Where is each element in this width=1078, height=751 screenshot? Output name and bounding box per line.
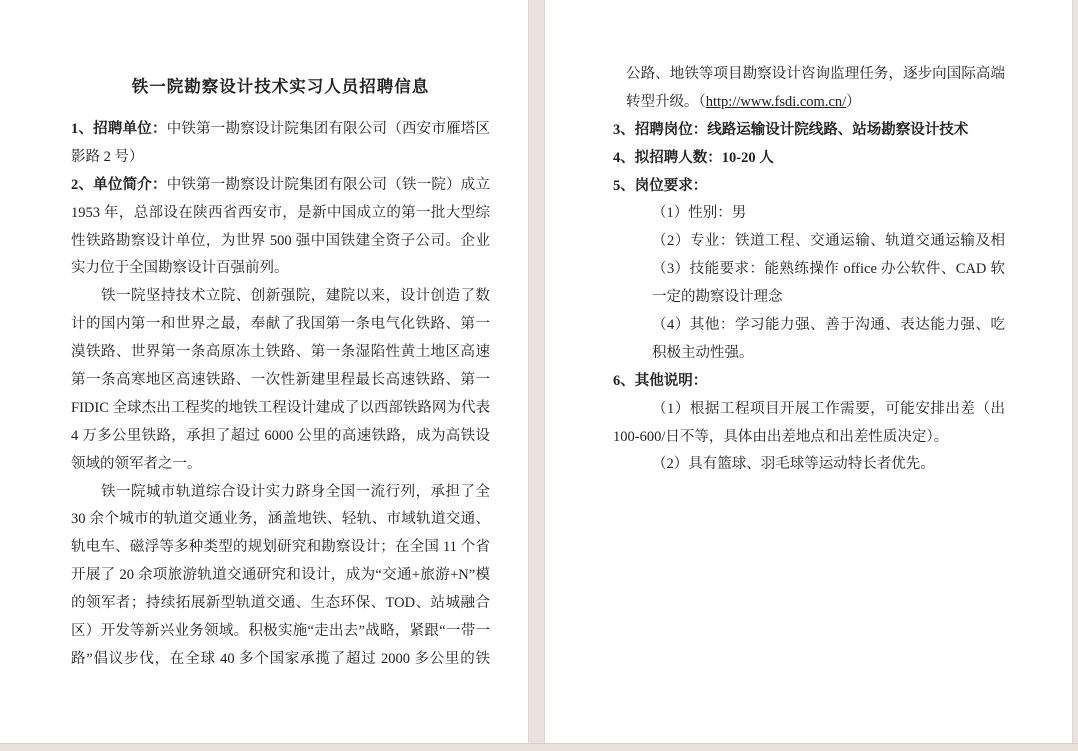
text-line: 30 余个城市的轨道交通业务，涵盖地铁、轻轨、市域轨道交通、有 bbox=[71, 506, 490, 534]
text-line: 漠铁路、世界第一条高原冻土铁路、第一条湿陷性黄土地区高速铁路、 bbox=[71, 339, 490, 367]
canvas-bottom-margin bbox=[0, 743, 1078, 751]
text-segment: 轨电车、磁浮等多种类型的规划研究和勘察设计；在全国 11 个省区 bbox=[71, 539, 490, 562]
text-line: 的领军者；持续拓展新型轨道交通、生态环保、TOD、站城融合（片 bbox=[71, 590, 490, 618]
text-segment: （1）性别：男 bbox=[652, 205, 746, 221]
text-segment: 公路、地铁等项目勘察设计咨询监理任务，逐步向国际高端咨询领域 bbox=[626, 66, 1005, 89]
text-segment: 5、岗位要求： bbox=[613, 178, 707, 194]
canvas-right-margin bbox=[1072, 0, 1078, 743]
text-segment: 性铁路勘察设计单位，为世界 500 强中国铁建全资子公司。企业综合 bbox=[71, 233, 490, 256]
text-line: 计的国内第一和世界之最，奉献了我国第一条电气化铁路、第一条沙 bbox=[71, 311, 490, 339]
text-segment: 漠铁路、世界第一条高原冻土铁路、第一条湿陷性黄土地区高速铁路、 bbox=[71, 344, 490, 367]
document-viewer: { "colors": { "canvas_background": "#e9e… bbox=[0, 0, 1078, 751]
page-2-text-column: 公路、地铁等项目勘察设计咨询监理任务，逐步向国际高端咨询领域转型升级。（http… bbox=[613, 61, 1005, 479]
text-segment: 4 万多公里铁路，承担了超过 6000 公里的高速铁路，成为高铁设计 bbox=[71, 428, 490, 451]
document-title: 铁一院勘察设计技术实习人员招聘信息 bbox=[71, 72, 490, 102]
text-segment: 第一条高寒地区高速铁路、一次性新建里程最长高速铁路、第一个获 bbox=[71, 372, 490, 395]
text-segment: 3、招聘岗位：线路运输设计院线路、站场勘察设计技术 bbox=[613, 122, 968, 138]
text-line: 1、招聘单位：中铁第一勘察设计院集团有限公司（西安市雁塔区西 bbox=[71, 116, 490, 144]
text-line: 领域的领军者之一。 bbox=[71, 451, 490, 479]
text-segment: （4）其他：学习能力强、善于沟通、表达能力强、吃苦耐劳、 bbox=[652, 317, 1005, 340]
text-segment: 1953 年，总部设在陕西省西安市，是新中国成立的第一批大型综合 bbox=[71, 205, 490, 228]
page-gap bbox=[528, 0, 545, 743]
document-page-2[interactable]: 公路、地铁等项目勘察设计咨询监理任务，逐步向国际高端咨询领域转型升级。（http… bbox=[545, 0, 1072, 743]
text-line: （2）专业：铁道工程、交通运输、轨道交通运输及相近专业 bbox=[613, 228, 1005, 256]
text-line: （1）根据工程项目开展工作需要，可能安排出差（出差津贴 bbox=[613, 396, 1005, 424]
text-line: （2）具有篮球、羽毛球等运动特长者优先。 bbox=[613, 451, 1005, 479]
text-segment: 开展了 20 余项旅游轨道交通研究和设计，成为“交通+旅游+N”模式 bbox=[71, 567, 490, 590]
text-line: 100-600/日不等，具体由出差地点和出差性质决定）。 bbox=[613, 424, 1005, 452]
text-segment: 铁一院坚持技术立院、创新强院，建院以来，设计创造了数以百 bbox=[101, 288, 490, 311]
text-line: 路”倡议步伐，在全球 40 多个国家承揽了超过 2000 多公里的铁路、 bbox=[71, 646, 490, 674]
text-line: 4、拟招聘人数：10-20 人 bbox=[613, 145, 1005, 173]
document-page-1[interactable]: 铁一院勘察设计技术实习人员招聘信息 1、招聘单位：中铁第一勘察设计院集团有限公司… bbox=[0, 0, 528, 743]
text-line: 公路、地铁等项目勘察设计咨询监理任务，逐步向国际高端咨询领域 bbox=[613, 61, 1005, 89]
text-segment: ） bbox=[846, 94, 861, 110]
text-segment: （3）技能要求：能熟练操作 office 办公软件、CAD 软件，具有 bbox=[652, 261, 1005, 284]
text-segment: 4、拟招聘人数：10-20 人 bbox=[613, 150, 774, 166]
text-line: 5、岗位要求： bbox=[613, 173, 1005, 201]
page-1-text-column: 1、招聘单位：中铁第一勘察设计院集团有限公司（西安市雁塔区西影路 2 号）2、单… bbox=[71, 116, 490, 674]
text-segment: 6、其他说明： bbox=[613, 373, 707, 389]
text-line: （3）技能要求：能熟练操作 office 办公软件、CAD 软件，具有 bbox=[613, 256, 1005, 284]
text-segment: 领域的领军者之一。 bbox=[71, 456, 202, 472]
text-line: 2、单位简介：中铁第一勘察设计院集团有限公司（铁一院）成立于 bbox=[71, 172, 490, 200]
text-segment: 30 余个城市的轨道交通业务，涵盖地铁、轻轨、市域轨道交通、有 bbox=[71, 511, 490, 534]
hyperlink[interactable]: http://www.fsdi.com.cn/ bbox=[706, 94, 846, 110]
text-segment: 2、单位简介： bbox=[71, 177, 167, 193]
text-segment: 铁一院城市轨道综合设计实力跻身全国一流行列，承担了全国 bbox=[101, 484, 490, 507]
text-segment: （1）根据工程项目开展工作需要，可能安排出差（出差津贴 bbox=[652, 401, 1005, 424]
text-segment: 的领军者；持续拓展新型轨道交通、生态环保、TOD、站城融合（片 bbox=[71, 595, 490, 618]
text-line: 性铁路勘察设计单位，为世界 500 强中国铁建全资子公司。企业综合 bbox=[71, 228, 490, 256]
text-line: 开展了 20 余项旅游轨道交通研究和设计，成为“交通+旅游+N”模式 bbox=[71, 562, 490, 590]
text-line: 区）开发等新兴业务领域。积极实施“走出去”战略，紧跟“一带一 bbox=[71, 618, 490, 646]
text-line: 一定的勘察设计理念 bbox=[613, 284, 1005, 312]
text-segment: 100-600/日不等，具体由出差地点和出差性质决定）。 bbox=[613, 429, 948, 445]
text-segment: 转型升级。（ bbox=[626, 94, 706, 110]
text-segment: 积极主动性强。 bbox=[652, 345, 754, 361]
text-line: FIDIC 全球杰出工程奖的地铁工程设计建成了以西部铁路网为代表的 bbox=[71, 395, 490, 423]
text-segment: 计的国内第一和世界之最，奉献了我国第一条电气化铁路、第一条沙 bbox=[71, 316, 490, 339]
text-line: 1953 年，总部设在陕西省西安市，是新中国成立的第一批大型综合 bbox=[71, 200, 490, 228]
text-segment: 一定的勘察设计理念 bbox=[652, 289, 783, 305]
text-line: 影路 2 号） bbox=[71, 144, 490, 172]
text-line: 实力位于全国勘察设计百强前列。 bbox=[71, 255, 490, 283]
text-segment: FIDIC 全球杰出工程奖的地铁工程设计建成了以西部铁路网为代表的 bbox=[71, 400, 490, 423]
text-segment: （2）具有篮球、羽毛球等运动特长者优先。 bbox=[652, 456, 935, 472]
text-line: 第一条高寒地区高速铁路、一次性新建里程最长高速铁路、第一个获 bbox=[71, 367, 490, 395]
text-line: （1）性别：男 bbox=[613, 200, 1005, 228]
text-segment: 1、招聘单位： bbox=[71, 121, 167, 137]
text-line: 铁一院城市轨道综合设计实力跻身全国一流行列，承担了全国 bbox=[71, 479, 490, 507]
text-segment: （2）专业：铁道工程、交通运输、轨道交通运输及相近专业 bbox=[652, 233, 1005, 256]
text-segment: 影路 2 号） bbox=[71, 149, 144, 165]
text-segment: 路”倡议步伐，在全球 40 多个国家承揽了超过 2000 多公里的铁路、 bbox=[71, 651, 490, 674]
text-line: （4）其他：学习能力强、善于沟通、表达能力强、吃苦耐劳、 bbox=[613, 312, 1005, 340]
text-line: 铁一院坚持技术立院、创新强院，建院以来，设计创造了数以百 bbox=[71, 283, 490, 311]
text-line: 轨电车、磁浮等多种类型的规划研究和勘察设计；在全国 11 个省区 bbox=[71, 534, 490, 562]
text-line: 转型升级。（http://www.fsdi.com.cn/） bbox=[613, 89, 1005, 117]
text-segment: 区）开发等新兴业务领域。积极实施“走出去”战略，紧跟“一带一 bbox=[71, 623, 490, 639]
text-line: 4 万多公里铁路，承担了超过 6000 公里的高速铁路，成为高铁设计 bbox=[71, 423, 490, 451]
text-line: 3、招聘岗位：线路运输设计院线路、站场勘察设计技术 bbox=[613, 117, 1005, 145]
text-line: 6、其他说明： bbox=[613, 368, 1005, 396]
text-segment: 实力位于全国勘察设计百强前列。 bbox=[71, 260, 289, 276]
text-line: 积极主动性强。 bbox=[613, 340, 1005, 368]
